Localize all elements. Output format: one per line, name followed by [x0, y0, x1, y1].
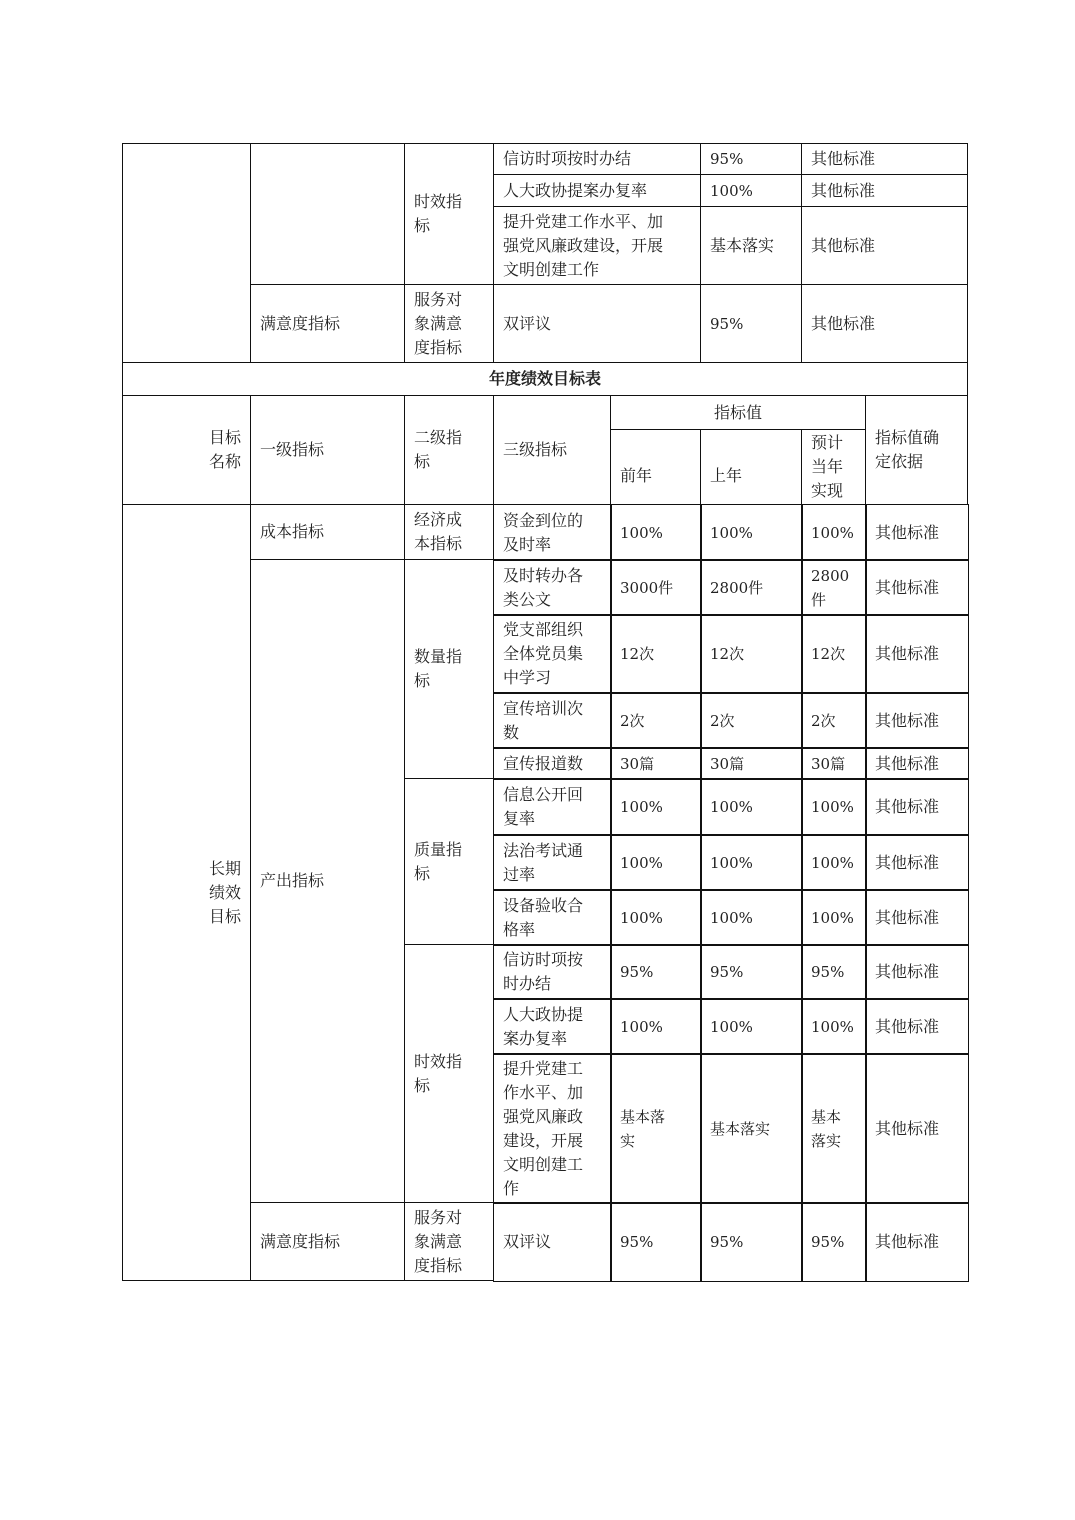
- value-last-year: 12次: [700, 614, 803, 694]
- value-last-year: 95%: [700, 944, 803, 1000]
- value-last-year: 100%: [700, 504, 803, 561]
- value-expected: 95%: [801, 944, 867, 1000]
- level3-indicator: 党支部组织 全体党员集 中学习: [493, 614, 612, 694]
- level1-satisfaction: 满意度指标: [250, 1202, 405, 1281]
- value-prev-year: 100%: [610, 889, 702, 946]
- value-last-year: 100%: [700, 834, 803, 891]
- value-last-year: 100%: [700, 889, 803, 946]
- value-basis: 其他标准: [865, 559, 969, 616]
- value-basis: 其他标准: [865, 1202, 969, 1282]
- top-satisfaction-basis: 其他标准: [801, 284, 968, 363]
- level2-timeliness-top: 时效指 标: [404, 143, 494, 285]
- level3-indicator: 提升党建工 作水平、加 强党风廉政 建设，开展 文明创建工 作: [493, 1053, 612, 1204]
- value-basis: 其他标准: [865, 504, 969, 561]
- value-last-year: 100%: [700, 778, 803, 836]
- level3-indicator: 设备验收合 格率: [493, 889, 612, 946]
- value-expected: 2次: [801, 692, 867, 749]
- value-prev-year: 100%: [610, 998, 702, 1055]
- value-prev-year: 95%: [610, 1202, 702, 1282]
- top-basis-1: 其他标准: [801, 143, 968, 175]
- value-prev-year: 100%: [610, 834, 702, 891]
- header-level2: 二级指 标: [404, 395, 494, 505]
- annual-table-title: 年度绩效目标表: [122, 362, 968, 396]
- value-basis: 其他标准: [865, 778, 969, 836]
- header-value-group: 指标值: [610, 395, 866, 430]
- value-expected: 100%: [801, 889, 867, 946]
- value-basis: 其他标准: [865, 944, 969, 1000]
- level3-indicator: 宣传报道数: [493, 747, 612, 780]
- value-last-year: 基本落实: [700, 1053, 803, 1204]
- value-expected: 100%: [801, 834, 867, 891]
- value-prev-year: 3000件: [610, 559, 702, 616]
- value-prev-year: 30篇: [610, 747, 702, 780]
- value-expected: 100%: [801, 504, 867, 561]
- level2-satisfaction: 服务对 象满意 度指标: [404, 1202, 494, 1281]
- value-prev-year: 12次: [610, 614, 702, 694]
- value-expected: 基本 落实: [801, 1053, 867, 1204]
- goal-name-cell-top: [122, 143, 251, 363]
- top-satisfaction-value: 95%: [700, 284, 802, 363]
- value-last-year: 100%: [700, 998, 803, 1055]
- level1-output: 产出指标: [250, 559, 405, 1203]
- level3-indicator: 信访时项按 时办结: [493, 944, 612, 1000]
- value-last-year: 2800件: [700, 559, 803, 616]
- top-indicator-3: 提升党建工作水平、加 强党风廉政建设，开展 文明创建工作: [493, 206, 701, 285]
- value-expected: 95%: [801, 1202, 867, 1282]
- header-basis: 指标值确 定依据: [865, 395, 968, 505]
- value-prev-year: 100%: [610, 778, 702, 836]
- top-satisfaction-indicator: 双评议: [493, 284, 701, 363]
- value-expected: 100%: [801, 998, 867, 1055]
- value-basis: 其他标准: [865, 692, 969, 749]
- header-level3: 三级指标: [493, 395, 611, 505]
- value-expected: 100%: [801, 778, 867, 836]
- top-indicator-1: 信访时项按时办结: [493, 143, 701, 175]
- level3-indicator: 人大政协提 案办复率: [493, 998, 612, 1055]
- value-expected: 30篇: [801, 747, 867, 780]
- value-last-year: 2次: [700, 692, 803, 749]
- level2-timeliness: 时效指 标: [404, 944, 494, 1203]
- level3-indicator: 法治考试通 过率: [493, 834, 612, 891]
- header-prev-year: 前年: [610, 429, 701, 505]
- value-expected: 12次: [801, 614, 867, 694]
- goal-name-cell: 长期 绩效 目标: [122, 504, 251, 1281]
- value-basis: 其他标准: [865, 834, 969, 891]
- value-basis: 其他标准: [865, 889, 969, 946]
- value-basis: 其他标准: [865, 614, 969, 694]
- value-basis: 其他标准: [865, 747, 969, 780]
- level1-cell-top-empty: [250, 143, 405, 285]
- top-basis-2: 其他标准: [801, 174, 968, 207]
- value-basis: 其他标准: [865, 998, 969, 1055]
- top-value-3: 基本落实: [700, 206, 802, 285]
- top-indicator-2: 人大政协提案办复率: [493, 174, 701, 207]
- value-prev-year: 2次: [610, 692, 702, 749]
- level3-indicator: 资金到位的 及时率: [493, 504, 612, 561]
- header-level1: 一级指标: [250, 395, 405, 505]
- top-value-2: 100%: [700, 174, 802, 207]
- header-expected: 预计 当年 实现: [801, 429, 866, 505]
- value-prev-year: 基本落 实: [610, 1053, 702, 1204]
- value-prev-year: 100%: [610, 504, 702, 561]
- value-last-year: 95%: [700, 1202, 803, 1282]
- level2-quantity: 数量指 标: [404, 559, 494, 779]
- value-basis: 其他标准: [865, 1053, 969, 1204]
- level3-indicator: 及时转办各 类公文: [493, 559, 612, 616]
- level1-cost: 成本指标: [250, 504, 405, 560]
- level3-indicator: 宣传培训次 数: [493, 692, 612, 749]
- top-value-1: 95%: [700, 143, 802, 175]
- value-last-year: 30篇: [700, 747, 803, 780]
- level2-quality: 质量指 标: [404, 778, 494, 945]
- value-prev-year: 95%: [610, 944, 702, 1000]
- header-goal-name: 目标 名称: [122, 395, 251, 505]
- level3-indicator: 双评议: [493, 1202, 612, 1282]
- top-basis-3: 其他标准: [801, 206, 968, 285]
- level2-cost: 经济成 本指标: [404, 504, 494, 560]
- header-last-year: 上年: [700, 429, 802, 505]
- top-satisfaction-level2: 服务对 象满意 度指标: [404, 284, 494, 363]
- level3-indicator: 信息公开回 复率: [493, 778, 612, 836]
- top-satisfaction-level1: 满意度指标: [250, 284, 405, 363]
- value-expected: 2800 件: [801, 559, 867, 616]
